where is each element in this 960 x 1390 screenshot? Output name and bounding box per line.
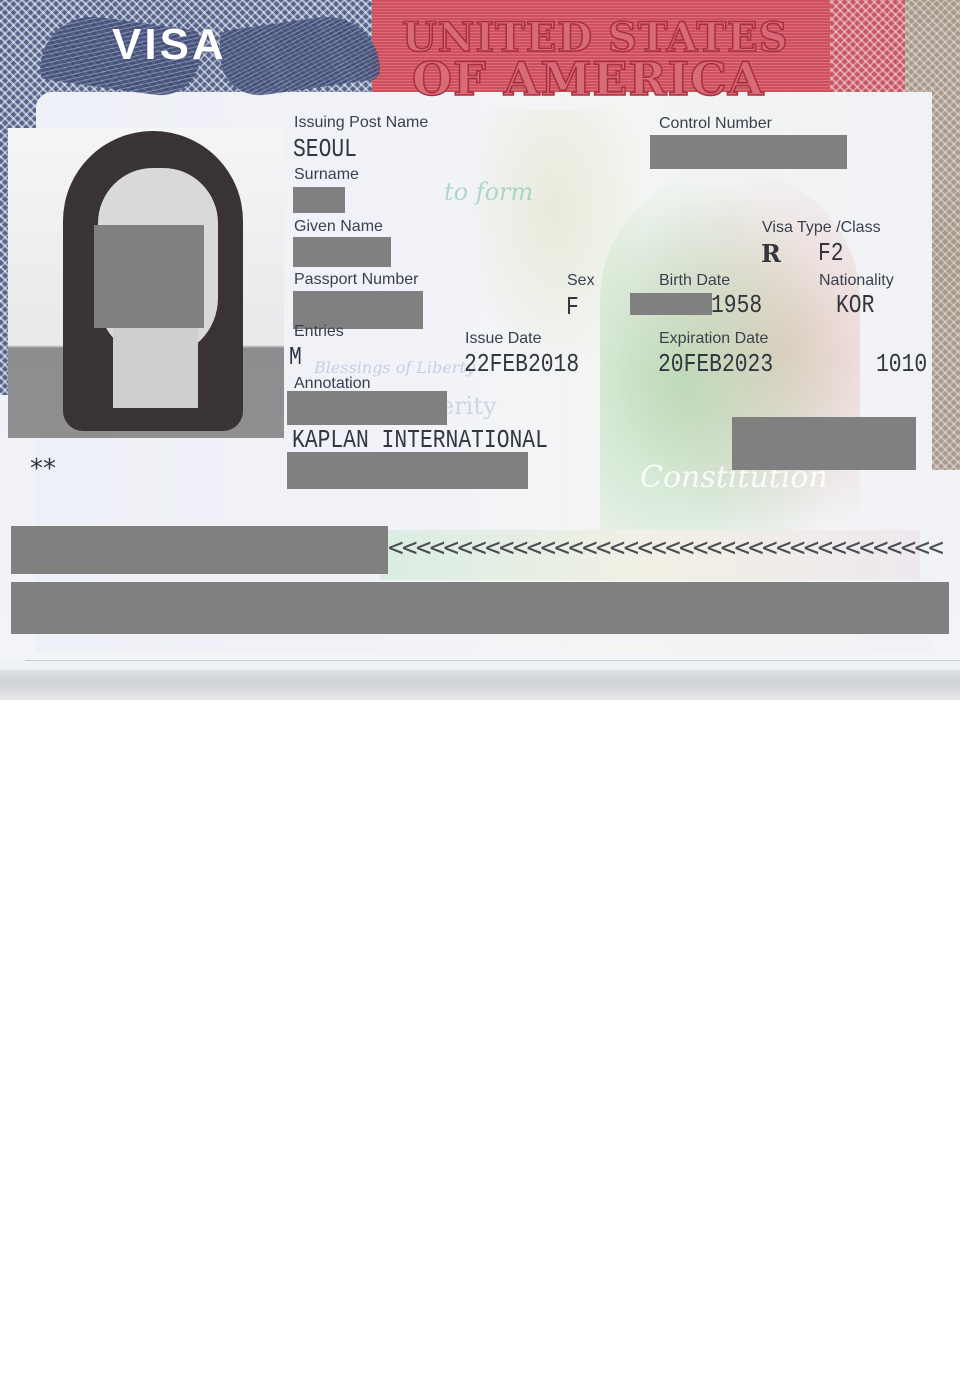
birth-date-label: Birth Date — [659, 272, 730, 290]
birth-date-redaction — [630, 293, 712, 315]
holder-photo — [8, 128, 284, 438]
entries-label: Entries — [294, 323, 344, 341]
nationality-value: KOR — [836, 290, 874, 320]
country-name-line2: OF AMERICA — [412, 52, 764, 106]
visa-class-value: F2 — [818, 238, 844, 268]
mrz-line2-redaction — [11, 582, 949, 634]
visa-document: to form sterity Blessings of Liberty Con… — [0, 0, 960, 700]
expiration-date-value: 20FEB2023 — [658, 349, 773, 379]
red-mesh-corner — [830, 0, 910, 95]
passport-number-label: Passport Number — [294, 271, 419, 289]
control-number-label: Control Number — [659, 115, 772, 133]
surname-redaction — [293, 187, 345, 213]
mrz-line1-redaction — [11, 526, 388, 574]
surname-label: Surname — [294, 166, 359, 184]
code-value: 1010 — [876, 349, 927, 379]
page-edge-line — [25, 660, 960, 661]
given-name-label: Given Name — [294, 218, 383, 236]
annotation-line1-redaction — [287, 391, 447, 425]
annotation-line2: KAPLAN INTERNATIONAL — [292, 425, 548, 455]
control-number-redaction — [650, 135, 847, 169]
entries-value: M — [289, 342, 302, 372]
issuing-post-label: Issuing Post Name — [294, 114, 428, 132]
photo-mark: ** — [30, 454, 56, 484]
page-edge — [0, 670, 960, 700]
visa-type-class-label: Visa Type /Class — [762, 219, 881, 237]
issue-date-value: 22FEB2018 — [464, 349, 579, 379]
annotation-line3-redaction — [287, 452, 528, 489]
birth-year-value: 1958 — [711, 290, 762, 320]
expiration-date-label: Expiration Date — [659, 330, 768, 348]
photo-neck — [113, 318, 198, 408]
nationality-label: Nationality — [819, 272, 894, 290]
issue-date-label: Issue Date — [465, 330, 541, 348]
sex-label: Sex — [567, 272, 595, 290]
mrz-line1-filler: <<<<<<<<<<<<<<<<<<<<<<<<<<<<<<<<<<<<<<<< — [388, 533, 942, 563]
right-block-redaction — [732, 417, 916, 470]
issuing-post-value: SEOUL — [293, 134, 357, 164]
face-redaction — [94, 225, 204, 328]
watermark-text: to form — [444, 178, 533, 206]
given-name-redaction — [293, 237, 391, 267]
sex-value: F — [566, 292, 579, 322]
visa-title: VISA — [112, 20, 227, 70]
visa-type-value: R — [761, 239, 781, 268]
